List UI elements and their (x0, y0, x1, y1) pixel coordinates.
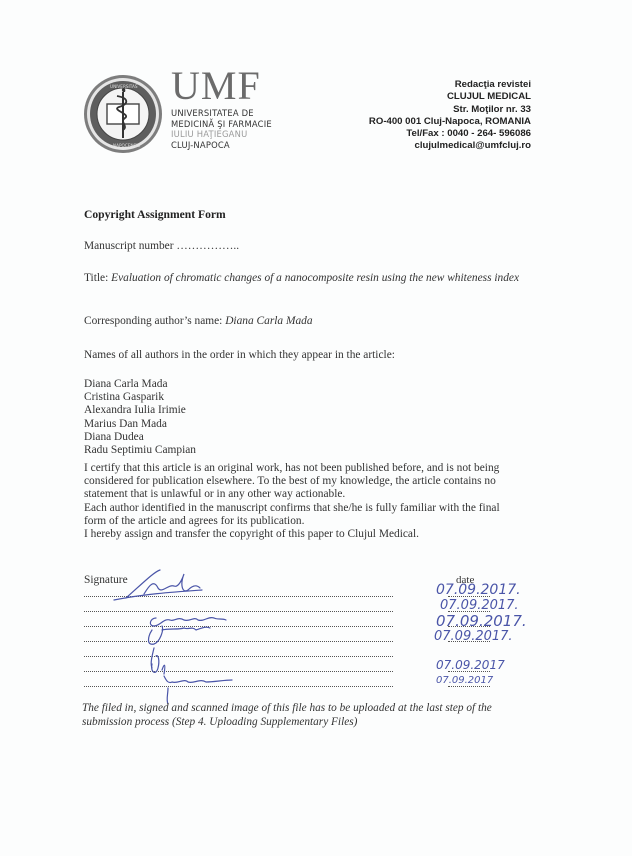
certification-text: I certify that this article is an origin… (84, 462, 524, 541)
author-item: Marius Dan Mada (84, 418, 196, 431)
address-email: clujulmedical@umfcluj.ro (369, 140, 531, 152)
logo-line: CLUJ-NAPOCA (171, 140, 272, 151)
form-title: Copyright Assignment Form (84, 208, 524, 221)
address-line: Redacţia revistei (369, 79, 531, 91)
svg-text:NAPOCENSIS: NAPOCENSIS (113, 143, 140, 148)
author-item: Cristina Gasparik (84, 391, 196, 404)
editorial-address: Redacţia revistei CLUJUL MEDICAL Str. Mo… (369, 79, 531, 153)
handwritten-date: 07.09.2017. (440, 598, 519, 613)
certification-paragraph: Each author identified in the manuscript… (84, 502, 524, 528)
corresponding-value: Diana Carla Mada (225, 315, 312, 327)
article-title: Title: Evaluation of chromatic changes o… (84, 272, 519, 285)
handwritten-date: 07.09.2017. (436, 612, 527, 630)
form-body: Copyright Assignment Form Manuscript num… (84, 208, 524, 221)
author-item: Radu Septimiu Campian (84, 444, 196, 457)
umf-wordmark: UMF (171, 66, 272, 106)
address-line: CLUJUL MEDICAL (369, 91, 531, 103)
upload-instructions: The filed in, signed and scanned image o… (82, 701, 542, 729)
author-item: Alexandra Iulia Irimie (84, 404, 196, 417)
handwritten-date: 07.09.2017. (434, 629, 513, 644)
address-line: Str. Moţilor nr. 33 (369, 104, 531, 116)
date-line[interactable] (448, 686, 490, 687)
manuscript-value: …………….. (176, 240, 239, 252)
manuscript-number: Manuscript number …………….. (84, 240, 239, 253)
logo-line: IULIU HAŢIEGANU (171, 129, 272, 140)
handwritten-date: 07.09.2017 (436, 675, 493, 686)
address-line: Tel/Fax : 0040 - 264- 596086 (369, 128, 531, 140)
university-logo: UMF UNIVERSITATEA DE MEDICINĂ ŞI FARMACI… (171, 66, 272, 150)
certification-paragraph: I hereby assign and transfer the copyrig… (84, 528, 524, 541)
manuscript-label: Manuscript number (84, 240, 174, 252)
certification-paragraph: I certify that this article is an origin… (84, 462, 524, 502)
corresponding-label: Corresponding author’s name: (84, 315, 225, 327)
author-item: Diana Dudea (84, 431, 196, 444)
authors-heading: Names of all authors in the order in whi… (84, 349, 395, 362)
logo-line: UNIVERSITATEA DE (171, 108, 272, 119)
handwritten-signatures (84, 564, 404, 704)
authors-list: Diana Carla Mada Cristina Gasparik Alexa… (84, 378, 196, 457)
title-label: Title: (84, 272, 111, 284)
signature-section: Signature date 07.09.2017. 07.09.2017. 0… (84, 574, 544, 694)
title-value: Evaluation of chromatic changes of a nan… (111, 272, 519, 284)
handwritten-date: 07.09.2017 (436, 658, 505, 672)
logo-line: MEDICINĂ ŞI FARMACIE (171, 119, 272, 130)
svg-text:UNIVERSITAS: UNIVERSITAS (110, 84, 138, 89)
corresponding-author: Corresponding author’s name: Diana Carla… (84, 315, 313, 328)
handwritten-date: 07.09.2017. (436, 582, 521, 598)
address-line: RO-400 001 Cluj-Napoca, ROMANIA (369, 116, 531, 128)
document-page: UNIVERSITAS NAPOCENSIS UMF UNIVERSITATEA… (0, 0, 632, 856)
author-item: Diana Carla Mada (84, 378, 196, 391)
university-seal-icon: UNIVERSITAS NAPOCENSIS (83, 74, 163, 154)
